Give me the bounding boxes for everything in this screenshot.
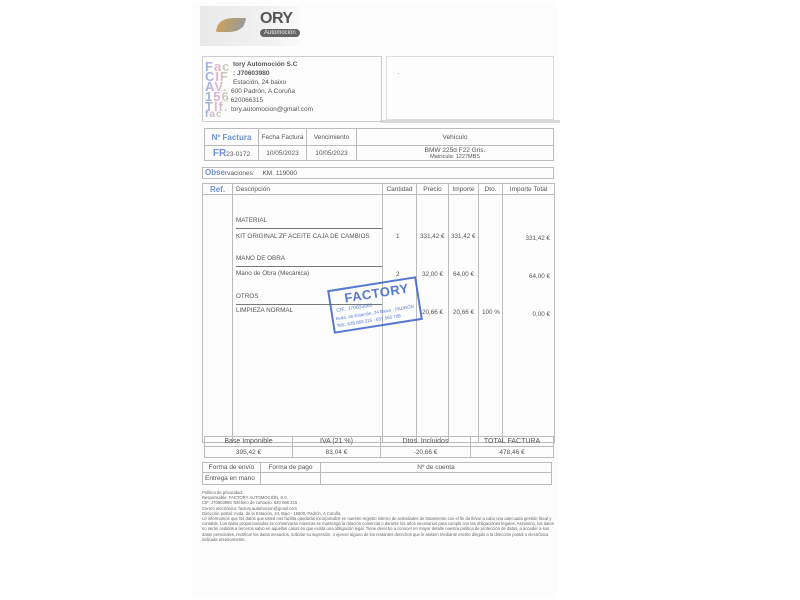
invoice-number-label: Nº Factura <box>212 133 252 142</box>
col-description: Descripción <box>233 184 383 195</box>
total-value: 0,00 € <box>532 311 550 318</box>
payment-method-value <box>261 473 321 485</box>
iva-label: IVA (21 %) <box>293 437 381 447</box>
line-item: Mano de Obra (Mecánica) <box>236 270 382 277</box>
invoice-date-label: Fecha Factura <box>259 129 307 146</box>
invoice-number: 23-0172 <box>226 151 250 158</box>
company-logo: ORY Automoción <box>200 6 300 46</box>
company-name: tory Automoción S.C <box>233 61 297 68</box>
shipping-value: Entrega en mano <box>203 473 261 485</box>
total-cell: 331,42 € 64,00 € 0,00 € <box>503 195 555 443</box>
category-material: MATERIAL <box>236 217 382 229</box>
discount-cell: 100 % <box>479 195 503 443</box>
amount-cell: 331,42 € 64,00 € 20,66 € <box>449 195 479 443</box>
company-info-box: Fac CIF AV. 156 Tlf. fac tory Automoción… <box>202 56 382 122</box>
vehicle-plate: Matrícula: 1227MBS <box>357 154 553 160</box>
quantity-value: 2 <box>396 271 400 278</box>
company-address: Estación, 24 baixo <box>233 79 286 86</box>
col-ref: Ref. <box>210 185 225 194</box>
total-label: TOTAL FACTURA <box>471 437 554 447</box>
observations-value: KM. 119000 <box>262 170 297 177</box>
account-label: Nº de cuenta <box>321 463 552 473</box>
logo-swoosh-icon <box>215 18 246 32</box>
iva-value: 83,04 € <box>293 447 381 458</box>
base-value: 395,42 € <box>205 447 293 458</box>
invoice-due-label: Vencimiento <box>307 129 357 146</box>
line-item: KIT ORIGINAL ZF ACEITE CAJA DE CAMBIOS <box>236 233 382 240</box>
company-cif: : J70603980 <box>233 70 270 77</box>
company-email: tory.automocion@gmail.com <box>231 106 313 113</box>
observations-label: rvaciones: <box>225 170 255 177</box>
vehicle-model: BMW 225d F22 Gris. <box>357 147 553 154</box>
client-mark: · <box>397 69 400 78</box>
ref-cell <box>203 195 233 443</box>
amount-value: 64,00 € <box>453 271 474 278</box>
invoice-header-table: Nº Factura Fecha Factura Vencimiento Veh… <box>204 128 554 161</box>
shipping-label: Forma de envío <box>203 463 261 473</box>
logo-tagline: Automoción <box>260 29 300 37</box>
total-value: 331,42 € <box>525 235 550 242</box>
invoice-date: 10/05/2023 <box>259 146 307 161</box>
col-total: Importe Total <box>503 184 555 195</box>
col-discount: Dto. <box>479 184 503 195</box>
observations-row: Observaciones: KM. 119000 <box>202 167 554 179</box>
company-phone: : 620066315 <box>227 97 263 104</box>
logo-brand: ORY <box>260 10 293 28</box>
legal-paragraph: Le informamos que los datos que usted no… <box>202 516 554 542</box>
privacy-policy-text: Política de privacidad: Responsable: FAC… <box>202 490 554 542</box>
total-value: 478,46 € <box>471 447 554 458</box>
invoice-due-date: 10/05/2023 <box>307 146 357 161</box>
col-amount: Importe <box>449 184 479 195</box>
amount-value: 331,42 € <box>451 233 476 240</box>
invoice-number-prefix: FR <box>213 148 226 159</box>
scan-edge-shadow <box>380 120 560 123</box>
col-price: Precio <box>417 184 449 195</box>
payment-table: Forma de envío Forma de pago Nº de cuent… <box>202 462 552 485</box>
vehicle-label: Vehículo <box>357 129 554 146</box>
amount-value: 20,66 € <box>453 309 474 316</box>
discounts-label: Dtos. Incluidos <box>381 437 471 447</box>
base-label: Base Imponible <box>205 437 293 447</box>
client-box: · <box>386 56 554 120</box>
col-quantity: Cantidad <box>383 184 417 195</box>
payment-method-label: Forma de pago <box>261 463 321 473</box>
total-value: 64,00 € <box>529 273 550 280</box>
price-value: 32,00 € <box>422 271 443 278</box>
company-city: 600 Padrón, A Coruña <box>231 88 295 95</box>
price-value: 331,42 € <box>420 233 445 240</box>
discounts-value: -20,66 € <box>381 447 471 458</box>
observations-label-prefix: Obse <box>205 168 225 177</box>
discount-value: 100 % <box>482 309 500 316</box>
account-value <box>321 473 552 485</box>
overlay-label: fac <box>205 109 222 120</box>
price-value: 20,66 € <box>422 309 443 316</box>
totals-table: Base Imponible IVA (21 %) Dtos. Incluido… <box>204 436 554 458</box>
category-labor: MANO DE OBRA <box>236 255 382 267</box>
quantity-value: 1 <box>396 233 400 240</box>
